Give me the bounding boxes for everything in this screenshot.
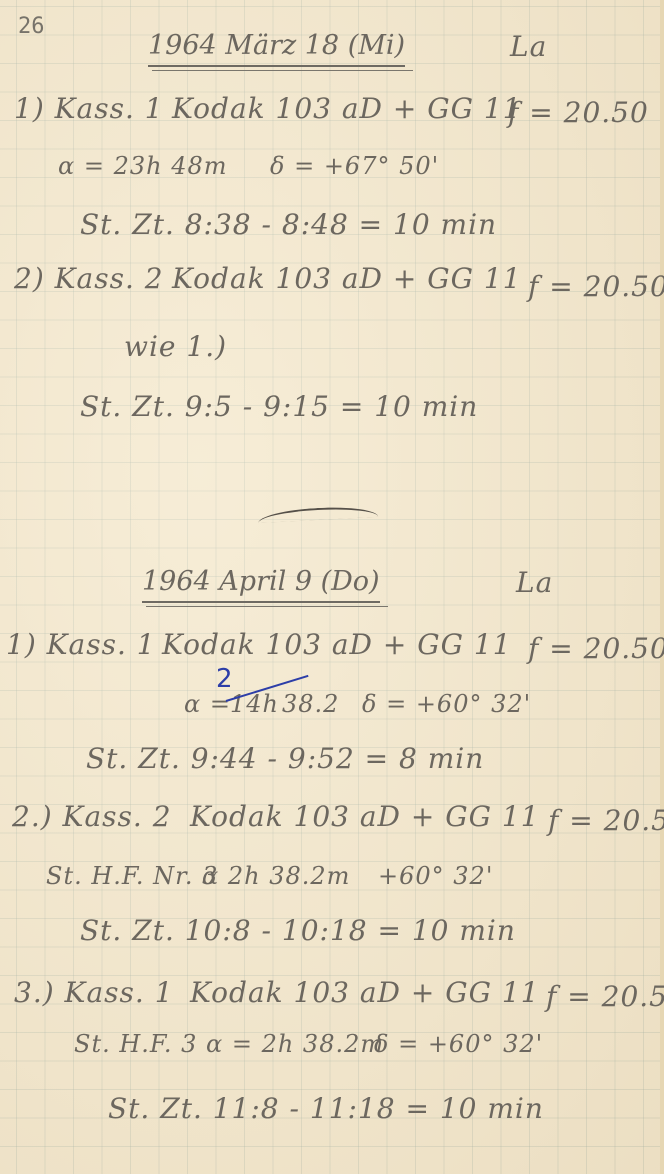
entry-1-exp-1-cassette: 1) Kass. 1	[14, 92, 164, 125]
entry-1-exp-1-film: Kodak 103 aD + GG 11	[172, 92, 522, 125]
section-divider	[258, 505, 378, 523]
entry-1-exp-2-focal: f = 20.50	[528, 270, 664, 303]
entry-1-exp-1-delta: δ = +67° 50'	[270, 152, 439, 180]
entry-2-exp-1-focal: f = 20.50	[528, 632, 664, 665]
entry-2-exp-1-alpha-label: α =	[184, 690, 231, 718]
entry-2-exp-2-delta: +60° 32'	[378, 862, 493, 890]
page-number: 26	[18, 14, 45, 39]
entry-1-exp-1-focal: f = 20.50	[508, 96, 649, 129]
entry-2-heading-text: 1964 April 9 (Do)	[142, 566, 380, 597]
heading-underline	[148, 65, 405, 67]
entry-2-exp-3-time: St. Zt. 11:8 - 11:18 = 10 min	[108, 1092, 544, 1125]
entry-2-heading: 1964 April 9 (Do)	[142, 566, 380, 597]
entry-2-exp-2-alpha: α 2h 38.2m	[202, 862, 350, 890]
entry-2-exp-2-film: Kodak 103 aD + GG 11	[190, 800, 540, 833]
entry-2-exp-3-alpha: α = 2h 38.2m	[206, 1030, 384, 1058]
entry-2-exp-3-focal: f = 20.50	[546, 980, 664, 1013]
entry-1-exp-2-film: Kodak 103 aD + GG 11	[172, 262, 522, 295]
entry-2-observer: La	[516, 566, 553, 599]
entry-2-exp-1-film: Kodak 103 aD + GG 11	[162, 628, 512, 661]
entry-1-exp-1-time: St. Zt. 8:38 - 8:48 = 10 min	[80, 208, 497, 241]
entry-2-exp-3-cassette: 3.) Kass. 1	[14, 976, 174, 1009]
entry-2-exp-2-cassette: 2.) Kass. 2	[12, 800, 172, 833]
entry-2-exp-1-delta: δ = +60° 32'	[362, 690, 531, 718]
entry-1-exp-2-time: St. Zt. 9:5 - 9:15 = 10 min	[80, 390, 478, 423]
entry-1-heading: 1964 März 18 (Mi)	[148, 30, 405, 61]
correction-annotation: 2	[216, 664, 233, 694]
entry-2-exp-1-alpha-struck: 14h	[230, 690, 279, 718]
entry-2-exp-2-time: St. Zt. 10:8 - 10:18 = 10 min	[80, 914, 516, 947]
entry-1-exp-2-cassette: 2) Kass. 2	[14, 262, 164, 295]
heading-underline	[142, 601, 380, 603]
entry-1-observer: La	[510, 30, 547, 63]
entry-1-exp-1-alpha: α = 23h 48m	[58, 152, 228, 180]
entry-2-exp-3-film: Kodak 103 aD + GG 11	[190, 976, 540, 1009]
entry-2-exp-3-delta: δ = +60° 32'	[374, 1030, 543, 1058]
heading-underline-second	[146, 606, 388, 607]
entry-2-exp-1-alpha-rest: 38.2	[282, 690, 339, 718]
entry-2-exp-2-field: St. H.F. Nr. 3	[46, 862, 218, 890]
entry-2-exp-2-focal: f = 20.50	[548, 804, 664, 837]
entry-2-exp-1-time: St. Zt. 9:44 - 9:52 = 8 min	[86, 742, 484, 775]
heading-underline-second	[152, 70, 413, 71]
entry-1-heading-text: 1964 März 18 (Mi)	[148, 30, 405, 61]
entry-1-exp-2-note: wie 1.)	[124, 330, 227, 363]
entry-2-exp-1-cassette: 1) Kass. 1	[6, 628, 156, 661]
entry-2-exp-3-field: St. H.F. 3	[74, 1030, 197, 1058]
